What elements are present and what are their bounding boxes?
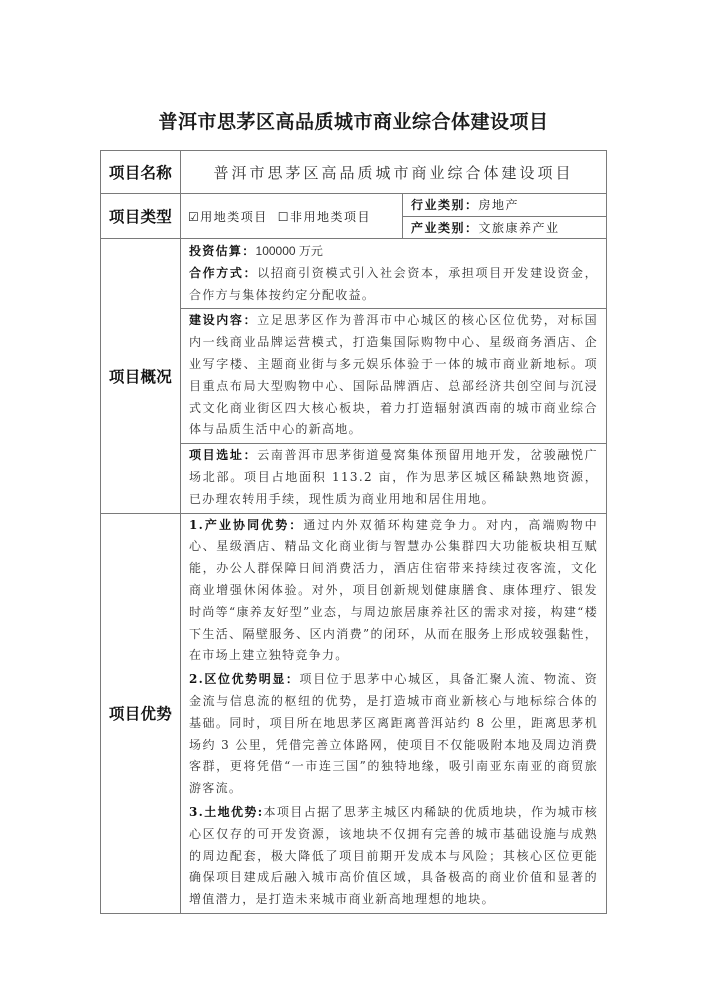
site-block: 项目选址：云南普洱市思茅街道曼窝集体预留用地开发，岔骏融悦广场北部。项目占地面积… (181, 443, 606, 512)
project-name-value: 普洱市思茅区高品质城市商业综合体建设项目 (181, 151, 607, 194)
empty-box-icon: ☐ (278, 210, 290, 224)
cooperation-line: 合作方式：以招商引资模式引入社会资本，承担项目开发建设资金，合作方与集体按约定分… (189, 263, 598, 307)
label-project-name: 项目名称 (101, 151, 181, 194)
overview-cell: 投资估算：100000 万元 合作方式：以招商引资模式引入社会资本，承担项目开发… (181, 239, 607, 514)
industry-value: 房地产 (479, 196, 520, 213)
project-type-options: ☑用地类项目 ☐非用地类项目 (181, 194, 403, 238)
sector-category: 产业类别： 文旅康养产业 (403, 216, 606, 239)
row-advantages: 项目优势 1.产业协同优势：通过内外双循环构建竞争力。对内，高端购物中心、星级酒… (101, 513, 607, 913)
advantage-text-3: 本项目占据了思茅主城区内稀缺的优质地块，作为城市核心区仅存的可开发资源，该地块不… (189, 805, 598, 906)
advantage-heading-1: 1.产业协同优势： (189, 518, 303, 532)
advantage-text-1: 通过内外双循环构建竞争力。对内，高端购物中心、星级酒店、精品文化商业街与智慧办公… (189, 518, 598, 663)
advantage-item-3: 3.土地优势:本项目占据了思茅主城区内稀缺的优质地块，作为城市核心区仅存的可开发… (181, 802, 606, 913)
label-advantages: 项目优势 (101, 513, 181, 913)
investment-label: 投资估算： (189, 244, 256, 258)
advantage-item-2: 2.区位优势明显：项目位于思茅中心城区，具备汇聚人流、物流、资金流与信息流的枢纽… (181, 669, 606, 802)
document-title: 普洱市思茅区高品质城市商业综合体建设项目 (0, 107, 707, 134)
advantage-text-2: 项目位于思茅中心城区，具备汇聚人流、物流、资金流与信息流的枢纽的优势，是打造城市… (189, 672, 598, 795)
row-project-name: 项目名称 普洱市思茅区高品质城市商业综合体建设项目 (101, 151, 607, 194)
row-overview: 项目概况 投资估算：100000 万元 合作方式：以招商引资模式引入社会资本，承… (101, 239, 607, 514)
checkbox-non-land-project[interactable]: ☐非用地类项目 (278, 208, 371, 225)
project-info-table: 项目名称 普洱市思茅区高品质城市商业综合体建设项目 项目类型 ☑用地类项目 ☐非… (100, 150, 607, 914)
industry-label: 行业类别： (411, 196, 479, 213)
advantages-cell: 1.产业协同优势：通过内外双循环构建竞争力。对内，高端购物中心、星级酒店、精品文… (181, 513, 607, 913)
investment-value: 100000 万元 (256, 244, 323, 258)
row-project-type: 项目类型 ☑用地类项目 ☐非用地类项目 行业类别： 房地产 (101, 194, 607, 239)
option-label-land: 用地类项目 (200, 210, 268, 224)
project-type-cell: ☑用地类项目 ☐非用地类项目 行业类别： 房地产 产业类别： 文旅康养产业 (181, 194, 607, 239)
sector-label: 产业类别： (411, 219, 479, 236)
industry-category: 行业类别： 房地产 (403, 194, 606, 216)
advantage-heading-3: 3.土地优势: (189, 805, 263, 819)
checkbox-land-project[interactable]: ☑用地类项目 (188, 208, 268, 225)
construction-label: 建设内容： (189, 313, 257, 327)
option-label-non-land: 非用地类项目 (290, 210, 371, 224)
investment-line: 投资估算：100000 万元 (189, 241, 598, 263)
label-overview: 项目概况 (101, 239, 181, 514)
cooperation-label: 合作方式： (189, 266, 257, 280)
site-label: 项目选址： (189, 448, 257, 462)
construction-block: 建设内容：立足思茅区作为普洱市中心城区的核心区位优势，对标国内一线商业品牌运营模… (181, 308, 606, 443)
advantage-heading-2: 2.区位优势明显： (189, 672, 299, 686)
construction-value: 立足思茅区作为普洱市中心城区的核心区位优势，对标国内一线商业品牌运营模式，打造集… (189, 313, 598, 436)
checked-box-icon: ☑ (188, 210, 200, 224)
advantage-item-1: 1.产业协同优势：通过内外双循环构建竞争力。对内，高端购物中心、星级酒店、精品文… (181, 514, 606, 670)
investment-cooperation-block: 投资估算：100000 万元 合作方式：以招商引资模式引入社会资本，承担项目开发… (181, 239, 606, 308)
sector-value: 文旅康养产业 (479, 219, 560, 236)
label-project-type: 项目类型 (101, 194, 181, 239)
